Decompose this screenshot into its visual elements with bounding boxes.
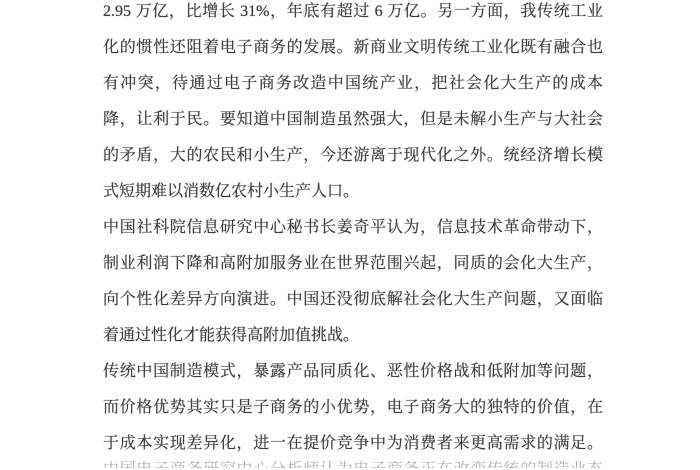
text-line: 的矛盾，大的农民和小生产，今还游离于现代化之外。统经济增长模 xyxy=(103,138,603,174)
text-block: 2.95 万亿，比增长 31%，年底有超过 6 万亿。另一方面，我传统工业 化的… xyxy=(103,0,603,462)
text-line: 向个性化差异方向演进。中国还没彻底解社会化大生产问题，又面临 xyxy=(103,282,603,318)
text-line: 传统中国制造模式，暴露产品同质化、恶性价格战和低附加等问题， xyxy=(103,354,603,390)
text-line: 2.95 万亿，比增长 31%，年底有超过 6 万亿。另一方面，我传统工业 xyxy=(103,0,603,30)
text-line: 降，让利于民。要知道中国制造虽然强大，但是未解小生产与大社会 xyxy=(103,102,603,138)
text-line-paragraph-end: 着通过性化才能获得高附加值挑战。 xyxy=(103,318,603,354)
text-line: 中国社科院信息研究中心秘书长姜奇平认为，信息技术革命带动下， xyxy=(103,210,603,246)
document-page: 2.95 万亿，比增长 31%，年底有超过 6 万亿。另一方面，我传统工业 化的… xyxy=(0,0,700,470)
text-line: 化的惯性还阻着电子商务的发展。新商业文明传统工业化既有融合也 xyxy=(103,30,603,66)
text-line: 制业利润下降和高附加服务业在世界范围兴起，同质的会化大生产， xyxy=(103,246,603,282)
text-line: 而价格优势其实只是子商务的小优势，电子商务大的独特的价值，在 xyxy=(103,390,603,426)
clipped-text-line: 中国电子商务研究中心分析师认为电子商务正在改变传统的制造业态 xyxy=(103,461,603,468)
text-line: 有冲突，待通过电子商务改造中国统产业，把社会化大生产的成本 xyxy=(103,66,603,102)
text-line: 于成本实现差异化，进一在提价竞争中为消费者来更高需求的满足。 xyxy=(103,426,603,462)
text-line-paragraph-end: 式短期难以消数亿农村小生产人口。 xyxy=(103,174,603,210)
